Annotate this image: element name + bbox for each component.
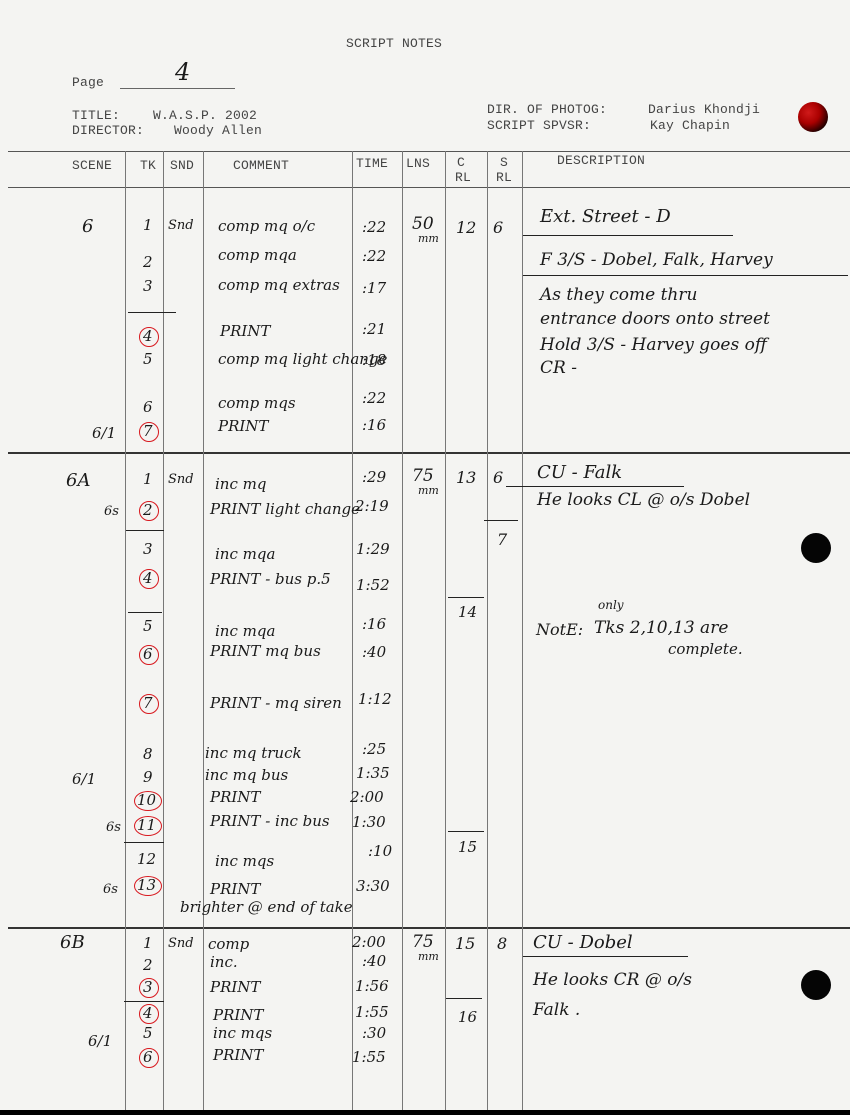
col-header-srl-2: RL [496, 170, 512, 185]
description-underline [523, 275, 848, 276]
s-roll: 7 [497, 530, 507, 549]
take-comment: inc mq bus [205, 766, 288, 784]
page-number: 4 [175, 58, 190, 86]
take-number: 3 [143, 277, 153, 295]
take-number: 5 [143, 617, 153, 635]
take-extra-comment: brighter @ end of take [180, 898, 353, 916]
col-header-crl-2: RL [455, 170, 471, 185]
take-time: :21 [362, 320, 386, 338]
take-comment: PRINT mq bus [210, 642, 321, 660]
col-rule [352, 151, 353, 1110]
take-time: 1:52 [356, 576, 390, 594]
lens-value: 75 [412, 932, 434, 952]
take-comment: comp [208, 935, 249, 953]
description-line: He looks CR @ o/s [533, 970, 692, 990]
description-underline [506, 486, 684, 487]
scene-date: 6/1 [72, 770, 96, 788]
take-time: :16 [362, 416, 386, 434]
take-number: 5 [143, 350, 153, 368]
take-comment: PRINT [213, 1046, 263, 1064]
roll-break-mark [448, 597, 484, 598]
take-time: :25 [362, 740, 386, 758]
take-note: 6s [104, 504, 119, 519]
take-comment: comp mq extras [218, 276, 340, 294]
scene-number: 6 [82, 216, 93, 237]
take-time: :40 [362, 643, 386, 661]
description-heading: CU - Falk [537, 462, 622, 483]
take-number: 4 [143, 569, 153, 587]
take-comment: PRINT [210, 788, 260, 806]
take-time: :18 [362, 351, 386, 369]
binder-hole-icon [801, 533, 831, 563]
take-number: 3 [143, 978, 153, 996]
take-time: :17 [362, 279, 386, 297]
take-time: 1:55 [355, 1003, 389, 1021]
lens-value: 50 [412, 214, 434, 234]
take-time: :22 [362, 218, 386, 236]
col-header-comment: COMMENT [233, 158, 289, 173]
roll-break-mark [126, 530, 164, 531]
col-rule [163, 151, 164, 1110]
take-number: 4 [143, 1004, 153, 1022]
description-underline [523, 956, 688, 957]
take-time: 1:55 [352, 1048, 386, 1066]
take-comment: inc mq truck [205, 744, 302, 762]
description-line: As they come thru [540, 285, 697, 305]
description-shot: F 3/S - Dobel, Falk, Harvey [540, 250, 773, 270]
take-time: 1:35 [356, 764, 390, 782]
take-note: 6s [106, 820, 121, 835]
scene-divider-2 [8, 927, 850, 929]
description-underline [523, 235, 733, 236]
take-time: 2:00 [352, 933, 386, 951]
col-rule [487, 151, 488, 1110]
take-comment: comp mqs [218, 394, 296, 412]
take-time: :40 [362, 952, 386, 970]
roll-break-mark [448, 831, 484, 832]
take-comment: inc mqa [215, 622, 275, 640]
take-note: 6s [103, 882, 118, 897]
take-number: 3 [143, 540, 153, 558]
binder-hole-icon [801, 970, 831, 1000]
red-dot-sticker-icon [798, 102, 828, 132]
director-label: DIRECTOR: [72, 123, 144, 138]
take-number: 1 [143, 470, 153, 488]
c-roll: 15 [458, 838, 477, 856]
take-time: :10 [368, 842, 392, 860]
lens-unit: mm [418, 484, 439, 497]
take-number: 7 [143, 694, 153, 712]
roll-break-mark [124, 1001, 164, 1002]
take-number: 8 [143, 745, 153, 763]
take-comment: PRINT - bus p.5 [210, 570, 331, 588]
take-number: 13 [137, 876, 156, 894]
roll-break-mark [124, 842, 164, 843]
take-time: 1:56 [355, 977, 389, 995]
dop-label: DIR. OF PHOTOG: [487, 102, 607, 117]
title-label: TITLE: [72, 108, 120, 123]
supervisor-value: Kay Chapin [650, 118, 730, 133]
col-header-crl-1: C [457, 155, 465, 170]
take-number: 2 [143, 253, 153, 271]
table-header-rule [8, 187, 850, 188]
description-line: Falk . [533, 1000, 580, 1020]
take-time: :22 [362, 389, 386, 407]
scene-date: 6/1 [88, 1032, 112, 1050]
c-roll: 12 [456, 218, 476, 237]
col-header-snd: SND [170, 158, 194, 173]
take-time: :22 [362, 247, 386, 265]
take-number: 4 [143, 327, 153, 345]
page-label: Page [72, 75, 104, 90]
note-text-2: complete. [668, 640, 743, 658]
take-number: 6 [143, 645, 153, 663]
script-notes-page: SCRIPT NOTES Page 4 TITLE: W.A.S.P. 2002… [0, 0, 850, 1110]
take-number: 9 [143, 768, 153, 786]
lens-value: 75 [412, 466, 434, 486]
take-comment: PRINT [220, 322, 270, 340]
take-number: 12 [137, 850, 156, 868]
director-value: Woody Allen [174, 123, 262, 138]
take-comment: comp mqa [218, 246, 297, 264]
take-time: 2:19 [355, 497, 389, 515]
c-roll: 14 [458, 603, 477, 621]
take-comment: PRINT - mq siren [210, 694, 342, 712]
s-roll: 6 [493, 468, 503, 487]
take-time: :30 [362, 1024, 386, 1042]
col-header-tk: TK [140, 158, 156, 173]
take-comment: PRINT [210, 978, 260, 996]
take-number: 2 [143, 956, 153, 974]
col-header-srl-1: S [500, 155, 508, 170]
take-comment: PRINT light change [210, 500, 360, 518]
description-line: CR - [540, 358, 577, 378]
take-comment: PRINT [210, 880, 260, 898]
supervisor-label: SCRIPT SPVSR: [487, 118, 591, 133]
take-comment: inc mqs [213, 1024, 272, 1042]
scene-date: 6/1 [92, 424, 116, 442]
description-line: He looks CL @ o/s Dobel [537, 490, 750, 510]
s-roll: 6 [493, 218, 503, 237]
description-heading: Ext. Street - D [540, 206, 671, 227]
col-header-description: DESCRIPTION [557, 153, 645, 168]
take-time: 2:00 [350, 788, 384, 806]
take-time: 1:12 [358, 690, 392, 708]
snd-value: Snd [168, 936, 194, 951]
col-rule [203, 151, 204, 1110]
c-roll: 13 [456, 468, 476, 487]
roll-break-mark [128, 312, 176, 313]
col-header-lns: LNS [406, 156, 430, 171]
s-roll: 8 [497, 934, 507, 953]
take-comment: inc mqs [215, 852, 274, 870]
take-number: 1 [143, 216, 153, 234]
col-rule [402, 151, 403, 1110]
scan-bottom-edge [0, 1110, 850, 1115]
snd-value: Snd [168, 218, 194, 233]
take-number: 7 [143, 422, 153, 440]
roll-break-mark [128, 612, 162, 613]
note-text: Tks 2,10,13 are [594, 618, 728, 638]
take-time: 3:30 [356, 877, 390, 895]
scene-number: 6B [60, 932, 85, 953]
col-rule [445, 151, 446, 1110]
take-number: 6 [143, 1048, 153, 1066]
description-line: Hold 3/S - Harvey goes off [540, 335, 767, 355]
take-time: :16 [362, 615, 386, 633]
take-comment: PRINT - inc bus [210, 812, 330, 830]
roll-break-mark [446, 998, 482, 999]
form-title: SCRIPT NOTES [346, 36, 442, 51]
take-comment: PRINT [213, 1006, 263, 1024]
take-time: 1:30 [352, 813, 386, 831]
col-rule [522, 151, 523, 1110]
c-roll: 15 [455, 934, 475, 953]
description-line: entrance doors onto street [540, 309, 770, 329]
take-number: 5 [143, 1024, 153, 1042]
take-comment: inc mqa [215, 545, 275, 563]
take-time: :29 [362, 468, 386, 486]
dop-value: Darius Khondji [648, 102, 760, 117]
take-number: 2 [143, 501, 153, 519]
take-comment: inc. [210, 953, 238, 971]
description-heading: CU - Dobel [533, 932, 633, 953]
note-insert: only [598, 598, 624, 612]
scene-number: 6A [66, 470, 90, 491]
take-comment: PRINT [218, 417, 268, 435]
roll-break-mark [484, 520, 518, 521]
note-label: NotE: [536, 620, 583, 639]
col-header-time: TIME [356, 156, 388, 171]
scene-divider-1 [8, 452, 850, 454]
take-number: 1 [143, 934, 153, 952]
take-comment: comp mq o/c [218, 217, 315, 235]
c-roll: 16 [458, 1008, 477, 1026]
page-underline [120, 88, 235, 89]
take-comment: inc mq [215, 475, 266, 493]
lens-unit: mm [418, 232, 439, 245]
take-time: 1:29 [356, 540, 390, 558]
take-number: 11 [137, 816, 156, 834]
take-number: 6 [143, 398, 153, 416]
col-header-scene: SCENE [72, 158, 112, 173]
take-number: 10 [137, 791, 156, 809]
title-value: W.A.S.P. 2002 [153, 108, 257, 123]
table-top-rule [8, 151, 850, 152]
snd-value: Snd [168, 472, 194, 487]
col-rule [125, 151, 126, 1110]
lens-unit: mm [418, 950, 439, 963]
